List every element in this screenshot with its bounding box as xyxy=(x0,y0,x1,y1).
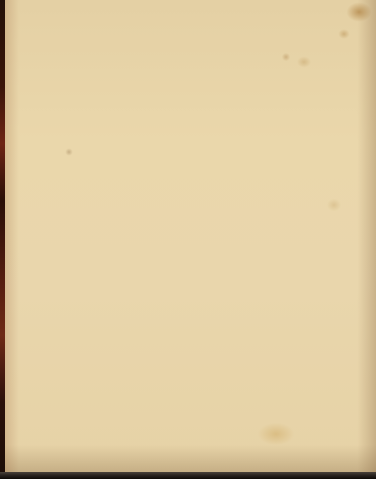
scanned-document: Verbale della riunione del comitato di S… xyxy=(0,0,376,479)
scan-edge-left xyxy=(0,0,5,479)
scan-edge-bottom xyxy=(0,472,376,479)
paper-sheet xyxy=(4,0,376,473)
